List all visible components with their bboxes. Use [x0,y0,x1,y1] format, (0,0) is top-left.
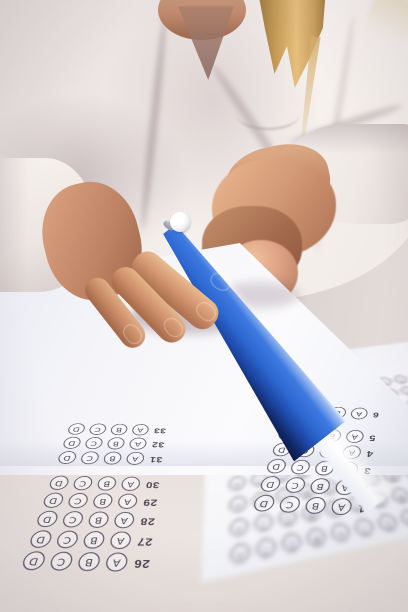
bubble-option-B: B [76,553,101,572]
bubble-option-D: D [47,476,70,490]
bubble-option-C: C [66,493,89,509]
index-fingernail [207,269,233,294]
bubble-option-C: C [61,512,85,529]
answer-row-33: 33ABCD [0,423,177,436]
bubble-option-B: B [91,494,113,510]
answer-row-27: 27ABCD [0,530,166,550]
bubble-rows-left: 26ABCD27ABCD28ABCD29ABCD30ABCD31ABCD32AB… [0,420,177,572]
blurred-bubble: B [306,527,328,548]
answer-row-28: 28ABCD [0,510,168,529]
answer-row-29: 29ABCD [0,492,170,509]
question-number: 30 [145,479,171,489]
blurred-bubble: C [399,386,408,396]
photo-canvas: ABCDABCDABCDAABCDABCDABCDAABCDABCDABCDAA… [0,0,408,612]
bubble-option-B: B [309,478,332,495]
bubble-option-A: A [113,512,136,529]
bubble-option-D: D [41,493,65,508]
bubble-option-C: C [283,477,306,493]
bubble-option-C: C [72,476,94,490]
bubble-option-C: C [79,452,100,465]
answer-row-26: 26ABCD [0,551,164,573]
bubble-option-A: A [131,424,149,436]
question-number: 6 [372,410,396,419]
bubble-option-A: A [128,438,147,450]
blurred-bubble: D [254,513,273,533]
blurred-bubble: A [230,517,249,537]
shirt-pocket [236,98,300,130]
bubble-option-D: D [66,424,86,436]
blurred-bubble: D [256,537,277,559]
bubble-option-B: B [87,512,110,529]
bubble-option-A: A [120,477,141,492]
answer-row-31: 31ABCD [0,451,174,466]
bubble-option-D: D [251,495,276,513]
bubble-option-D: D [258,476,282,492]
bubble-option-A: A [330,498,353,516]
bubble-option-B: B [106,438,126,450]
bubble-option-B: B [304,497,328,515]
bubble-option-A: A [125,452,145,465]
question-number: 31 [149,455,174,464]
question-number: 33 [153,426,176,434]
bubble-option-C: C [88,424,107,436]
blurred-bubble: B [399,508,408,528]
pen-white-ball-end [170,212,190,232]
bubble-option-D: D [20,552,47,571]
bubble-option-D: D [265,459,288,474]
bubble-option-C: C [277,496,301,514]
question-number: 26 [133,556,164,570]
bubble-option-D: D [56,451,77,464]
bubble-option-D: D [28,531,54,549]
bubble-option-A: A [117,494,139,510]
question-number: 28 [139,515,167,527]
bubble-option-C: C [84,437,104,449]
bubble-option-C: C [48,552,74,571]
blurred-bubble: C [281,532,302,554]
blurred-bubble: C [393,375,408,384]
bubble-option-A: A [109,532,132,550]
blurred-bubble: A [230,542,250,565]
bubble-option-B: B [96,477,117,492]
question-number: 27 [136,535,165,548]
answer-row-32: 32ABCD [0,436,175,450]
bubble-option-C: C [55,531,80,549]
bubble-option-B: B [110,424,129,436]
blurred-bubble: D [353,517,376,537]
bubble-option-C: C [289,460,311,475]
question-number: 5 [368,433,393,443]
blurred-bubble: A [330,522,352,543]
bubble-option-D: D [35,511,60,528]
bubble-option-D: D [61,437,82,449]
bubble-block-questions-26-33: 26ABCD27ABCD28ABCD29ABCD30ABCD31ABCD32AB… [0,416,177,573]
bubble-option-A: A [104,553,129,572]
question-number: 29 [142,497,169,508]
bubble-option-B: B [102,452,122,465]
answer-row-30: 30ABCD [0,475,171,491]
bubble-option-B: B [82,531,106,549]
bubble-option-A: A [350,408,369,420]
question-number: 32 [151,440,175,449]
